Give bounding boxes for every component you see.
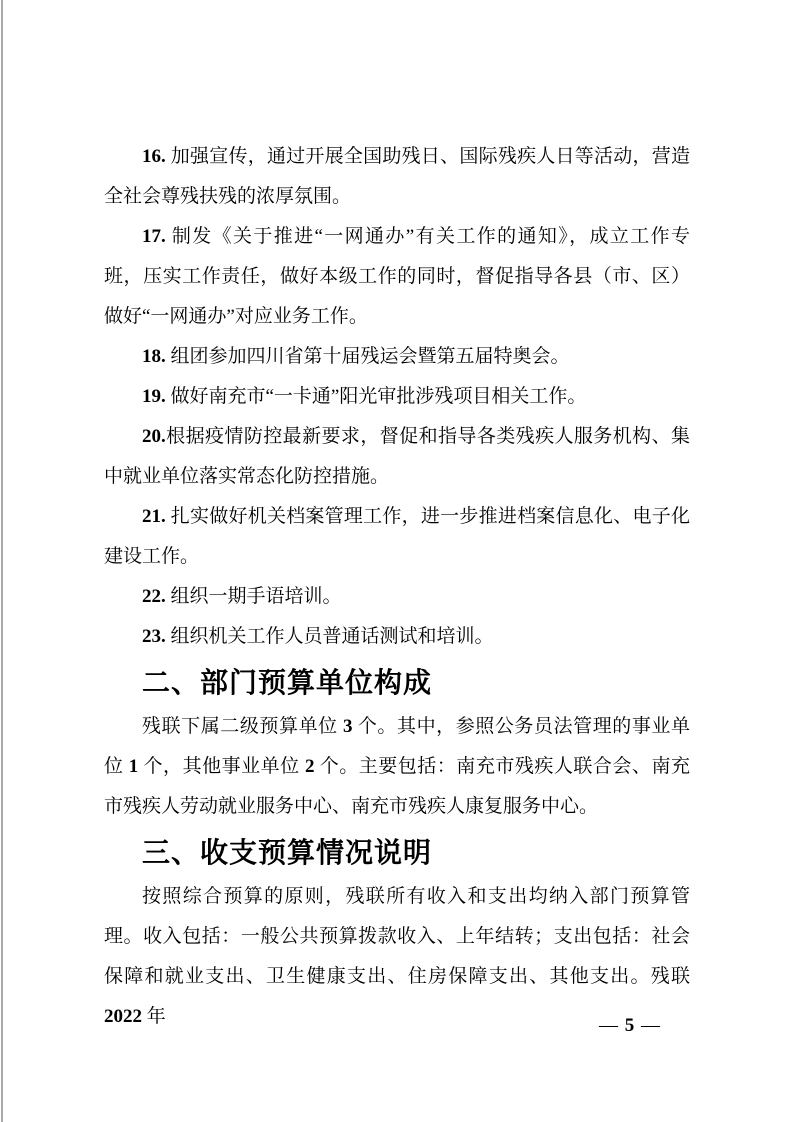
paragraph-item-20: 20.根据疫情防控最新要求，督促和指导各类残疾人服务机构、集中就业单位落实常态化… bbox=[104, 417, 690, 497]
document-body: 16. 加强宣传，通过开展全国助残日、国际残疾人日等活动，营造全社会尊残扶残的浓… bbox=[104, 137, 690, 1037]
paragraph-item-17: 17. 制发《关于推进“一网通办”有关工作的通知》，成立工作专班，压实工作责任，… bbox=[104, 217, 690, 337]
section-2-paragraph: 残联下属二级预算单位 3 个。其中，参照公务员法管理的事业单位 1 个，其他事业… bbox=[104, 707, 690, 827]
item-number: 16. bbox=[142, 146, 166, 167]
item-number: 21. bbox=[142, 506, 166, 527]
item-text: 扎实做好机关档案管理工作，进一步推进档案信息化、电子化建设工作。 bbox=[104, 506, 690, 567]
item-text: 加强宣传，通过开展全国助残日、国际残疾人日等活动，营造全社会尊残扶残的浓厚氛围。 bbox=[104, 146, 690, 207]
item-text: 组团参加四川省第十届残运会暨第五届特奥会。 bbox=[166, 346, 570, 367]
page-number: — 5 — bbox=[599, 1006, 661, 1046]
paragraph-item-19: 19. 做好南充市“一卡通”阳光审批涉残项目相关工作。 bbox=[104, 377, 690, 417]
item-number: 19. bbox=[142, 386, 166, 407]
item-number: 23. bbox=[142, 626, 166, 647]
item-text: 组织一期手语培训。 bbox=[166, 586, 342, 607]
item-number: 22. bbox=[142, 586, 166, 607]
item-text: 根据疫情防控最新要求，督促和指导各类残疾人服务机构、集中就业单位落实常态化防控措… bbox=[104, 426, 690, 487]
paragraph-item-23: 23. 组织机关工作人员普通话测试和培训。 bbox=[104, 617, 690, 657]
paragraph-item-21: 21. 扎实做好机关档案管理工作，进一步推进档案信息化、电子化建设工作。 bbox=[104, 497, 690, 577]
paragraph-item-18: 18. 组团参加四川省第十届残运会暨第五届特奥会。 bbox=[104, 337, 690, 377]
item-number: 20. bbox=[142, 426, 166, 447]
paragraph-item-16: 16. 加强宣传，通过开展全国助残日、国际残疾人日等活动，营造全社会尊残扶残的浓… bbox=[104, 137, 690, 217]
item-number: 17. bbox=[142, 226, 166, 247]
document-page: 16. 加强宣传，通过开展全国助残日、国际残疾人日等活动，营造全社会尊残扶残的浓… bbox=[0, 0, 793, 1122]
item-number: 18. bbox=[142, 346, 166, 367]
section-heading-2: 二、部门预算单位构成 bbox=[104, 659, 690, 707]
item-text: 组织机关工作人员普通话测试和培训。 bbox=[166, 626, 494, 647]
item-text: 制发《关于推进“一网通办”有关工作的通知》，成立工作专班，压实工作责任，做好本级… bbox=[104, 226, 690, 327]
scan-edge-artifact bbox=[1, 0, 3, 1122]
item-text: 做好南充市“一卡通”阳光审批涉残项目相关工作。 bbox=[166, 386, 587, 407]
section-heading-3: 三、收支预算情况说明 bbox=[104, 829, 690, 877]
paragraph-item-22: 22. 组织一期手语培训。 bbox=[104, 577, 690, 617]
